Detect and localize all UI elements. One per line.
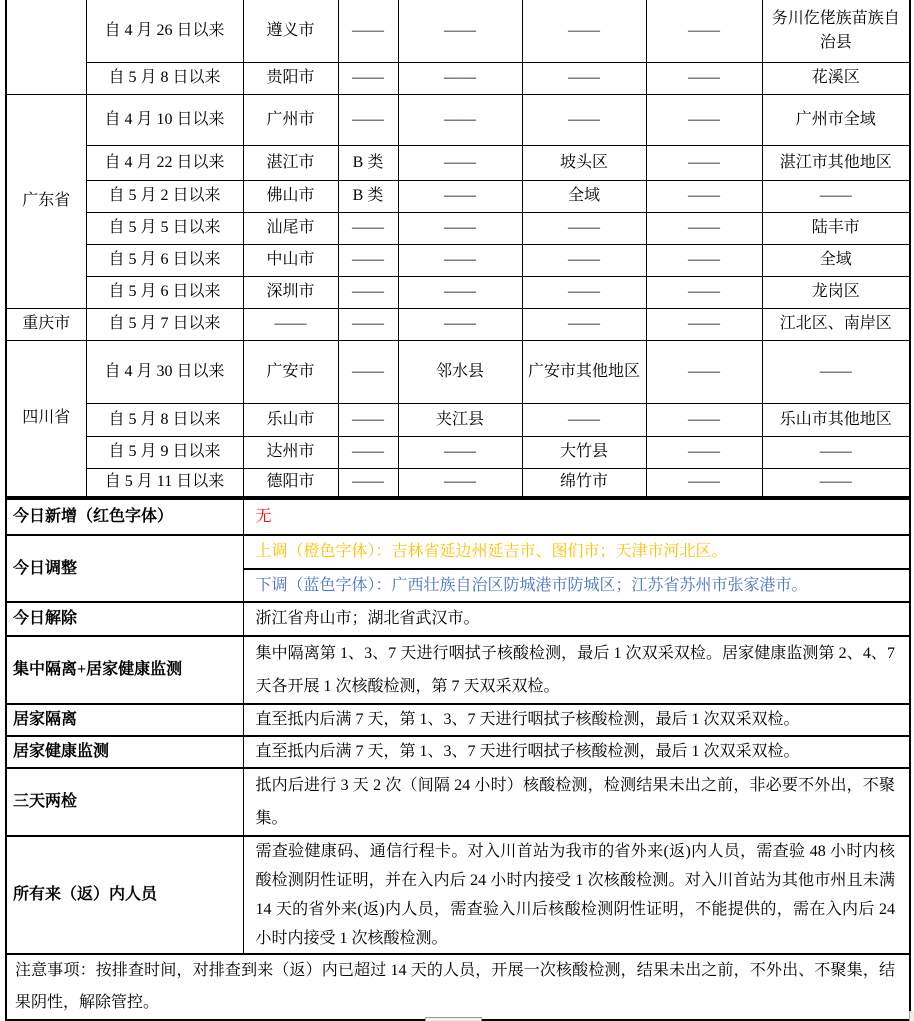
date-range-cell: 自 5 月 7 日以来 [86, 308, 243, 340]
city-cell: 达州市 [243, 436, 338, 468]
city-cell: 贵阳市 [243, 62, 338, 94]
city-cell: 广州市 [243, 94, 338, 145]
date-range-cell: 自 5 月 5 日以来 [86, 212, 243, 244]
table-row: 注意事项：按排查时间，对排查到来（返）内已超过 14 天的人员，开展一次核酸检测… [6, 954, 910, 1020]
area-cell: 夹江县 [398, 403, 522, 436]
three-day-two-test-label: 三天两检 [6, 768, 243, 836]
scrollbar-thumb-fragment[interactable] [425, 1017, 482, 1021]
city-cell: 德阳市 [243, 468, 338, 497]
table-row: 自 5 月 8 日以来 贵阳市 —— —— —— —— 花溪区 [6, 62, 910, 94]
all-arrivals-value: 需查验健康码、通信行程卡。对入川首站为我市的省外来(返)内人员，需查验 48 小… [243, 836, 910, 954]
date-range-cell: 自 4 月 26 日以来 [86, 0, 243, 62]
province-cell: 四川省 [6, 340, 86, 497]
release-today-value: 浙江省舟山市；湖北省武汉市。 [243, 602, 910, 636]
city-cell: 遵义市 [243, 0, 338, 62]
date-range-cell: 自 5 月 6 日以来 [86, 244, 243, 276]
area-cell: —— [522, 212, 646, 244]
area-cell: 绵竹市 [522, 468, 646, 497]
province-cell: 广东省 [6, 94, 86, 308]
new-today-value: 无 [243, 499, 910, 535]
table-row: 自 5 月 11 日以来 德阳市 —— —— 绵竹市 —— —— [6, 468, 910, 497]
adjust-up-value: 上调（橙色字体）：吉林省延边州延吉市、图们市；天津市河北区。 [243, 535, 910, 569]
area-cell: —— [398, 145, 522, 180]
new-today-label: 今日新增（红色字体） [6, 499, 243, 535]
date-range-cell: 自 4 月 22 日以来 [86, 145, 243, 180]
province-cell [6, 0, 86, 94]
date-range-cell: 自 5 月 8 日以来 [86, 403, 243, 436]
area-cell: —— [522, 62, 646, 94]
area-cell: 务川仡佬族苗族自治县 [762, 0, 910, 62]
area-cell: 坡头区 [522, 145, 646, 180]
table-row: 今日调整 上调（橙色字体）：吉林省延边州延吉市、图们市；天津市河北区。 [6, 535, 910, 569]
risk-class-cell: B 类 [338, 145, 398, 180]
area-cell: —— [398, 276, 522, 308]
risk-class-cell: —— [338, 212, 398, 244]
date-range-cell: 自 5 月 2 日以来 [86, 180, 243, 212]
risk-class-cell: —— [338, 340, 398, 403]
area-cell: —— [398, 212, 522, 244]
area-cell: —— [762, 468, 910, 497]
area-cell: —— [646, 180, 762, 212]
home-monitoring-value: 直至抵内后满 7 天，第 1、3、7 天进行咽拭子核酸检测，最后 1 次双采双检… [243, 736, 910, 768]
home-quarantine-label: 居家隔离 [6, 704, 243, 736]
area-cell: —— [522, 0, 646, 62]
area-cell: —— [646, 0, 762, 62]
area-cell: —— [398, 468, 522, 497]
area-cell: —— [398, 180, 522, 212]
region-risk-table: 自 4 月 26 日以来 遵义市 —— —— —— —— 务川仡佬族苗族自治县 … [5, 0, 911, 498]
date-range-cell: 自 5 月 6 日以来 [86, 276, 243, 308]
area-cell: 花溪区 [762, 62, 910, 94]
table-row: 居家健康监测 直至抵内后满 7 天，第 1、3、7 天进行咽拭子核酸检测，最后 … [6, 736, 910, 768]
city-cell: 湛江市 [243, 145, 338, 180]
area-cell: —— [522, 276, 646, 308]
notes-row: 注意事项：按排查时间，对排查到来（返）内已超过 14 天的人员，开展一次核酸检测… [6, 954, 910, 1020]
area-cell: —— [398, 308, 522, 340]
city-cell: 深圳市 [243, 276, 338, 308]
table-row: 自 4 月 22 日以来 湛江市 B 类 —— 坡头区 —— 湛江市其他地区 [6, 145, 910, 180]
area-cell: —— [646, 244, 762, 276]
home-monitoring-label: 居家健康监测 [6, 736, 243, 768]
area-cell: —— [522, 94, 646, 145]
table-row: 自 4 月 26 日以来 遵义市 —— —— —— —— 务川仡佬族苗族自治县 [6, 0, 910, 62]
table-row: 居家隔离 直至抵内后满 7 天，第 1、3、7 天进行咽拭子核酸检测，最后 1 … [6, 704, 910, 736]
area-cell: 邻水县 [398, 340, 522, 403]
date-range-cell: 自 5 月 9 日以来 [86, 436, 243, 468]
risk-class-cell: —— [338, 436, 398, 468]
table-row: 重庆市 自 5 月 7 日以来 —— —— —— —— —— 江北区、南岸区 [6, 308, 910, 340]
area-cell: —— [646, 276, 762, 308]
table-row: 自 5 月 5 日以来 汕尾市 —— —— —— —— 陆丰市 [6, 212, 910, 244]
table-row: 自 5 月 6 日以来 深圳市 —— —— —— —— 龙岗区 [6, 276, 910, 308]
city-cell: 广安市 [243, 340, 338, 403]
adjust-down-value: 下调（蓝色字体）：广西壮族自治区防城港市防城区；江苏省苏州市张家港市。 [243, 569, 910, 602]
area-cell: —— [522, 308, 646, 340]
risk-class-cell: —— [338, 308, 398, 340]
table-row: 自 5 月 9 日以来 达州市 —— —— 大竹县 —— —— [6, 436, 910, 468]
area-cell: 陆丰市 [762, 212, 910, 244]
area-cell: —— [646, 436, 762, 468]
table-row: 集中隔离+居家健康监测 集中隔离第 1、3、7 天进行咽拭子核酸检测，最后 1 … [6, 636, 910, 704]
area-cell: —— [646, 308, 762, 340]
risk-class-cell: —— [338, 276, 398, 308]
table-row: 广东省 自 4 月 10 日以来 广州市 —— —— —— —— 广州市全域 [6, 94, 910, 145]
area-cell: —— [646, 340, 762, 403]
area-cell: 全域 [522, 180, 646, 212]
date-range-cell: 自 5 月 8 日以来 [86, 62, 243, 94]
area-cell: 全域 [762, 244, 910, 276]
risk-class-cell: —— [338, 0, 398, 62]
table-row: 所有来（返）内人员 需查验健康码、通信行程卡。对入川首站为我市的省外来(返)内人… [6, 836, 910, 954]
area-cell: —— [646, 62, 762, 94]
table-row: 三天两检 抵内后进行 3 天 2 次（间隔 24 小时）核酸检测，检测结果未出之… [6, 768, 910, 836]
city-cell: 佛山市 [243, 180, 338, 212]
area-cell: —— [762, 180, 910, 212]
scrollbar-corner-fragment[interactable] [909, 1011, 914, 1021]
area-cell: —— [398, 0, 522, 62]
area-cell: —— [522, 244, 646, 276]
date-range-cell: 自 4 月 10 日以来 [86, 94, 243, 145]
area-cell: 大竹县 [522, 436, 646, 468]
area-cell: —— [646, 212, 762, 244]
area-cell: —— [522, 403, 646, 436]
adjust-today-label: 今日调整 [6, 535, 243, 602]
table-row: 自 5 月 8 日以来 乐山市 —— 夹江县 —— —— 乐山市其他地区 [6, 403, 910, 436]
document-page: 自 4 月 26 日以来 遵义市 —— —— —— —— 务川仡佬族苗族自治县 … [5, 0, 911, 1021]
date-range-cell: 自 5 月 11 日以来 [86, 468, 243, 497]
area-cell: —— [762, 340, 910, 403]
risk-class-cell: —— [338, 403, 398, 436]
city-cell: —— [243, 308, 338, 340]
area-cell: 湛江市其他地区 [762, 145, 910, 180]
table-row: 自 5 月 6 日以来 中山市 —— —— —— —— 全域 [6, 244, 910, 276]
table-row: 今日新增（红色字体） 无 [6, 499, 910, 535]
area-cell: —— [646, 145, 762, 180]
release-today-label: 今日解除 [6, 602, 243, 636]
area-cell: —— [398, 94, 522, 145]
date-range-cell: 自 4 月 30 日以来 [86, 340, 243, 403]
area-cell: 广安市其他地区 [522, 340, 646, 403]
risk-class-cell: B 类 [338, 180, 398, 212]
area-cell: —— [646, 468, 762, 497]
city-cell: 乐山市 [243, 403, 338, 436]
area-cell: —— [646, 403, 762, 436]
area-cell: 江北区、南岸区 [762, 308, 910, 340]
table-row: 四川省 自 4 月 30 日以来 广安市 —— 邻水县 广安市其他地区 —— —… [6, 340, 910, 403]
area-cell: —— [398, 244, 522, 276]
area-cell: 广州市全域 [762, 94, 910, 145]
area-cell: 龙岗区 [762, 276, 910, 308]
city-cell: 中山市 [243, 244, 338, 276]
area-cell: —— [398, 62, 522, 94]
risk-class-cell: —— [338, 94, 398, 145]
area-cell: —— [646, 94, 762, 145]
province-cell: 重庆市 [6, 308, 86, 340]
policy-summary-table: 今日新增（红色字体） 无 今日调整 上调（橙色字体）：吉林省延边州延吉市、图们市… [5, 498, 911, 1021]
area-cell: 乐山市其他地区 [762, 403, 910, 436]
city-cell: 汕尾市 [243, 212, 338, 244]
three-day-two-test-value: 抵内后进行 3 天 2 次（间隔 24 小时）核酸检测，检测结果未出之前，非必要… [243, 768, 910, 836]
home-quarantine-value: 直至抵内后满 7 天，第 1、3、7 天进行咽拭子核酸检测，最后 1 次双采双检… [243, 704, 910, 736]
risk-class-cell: —— [338, 244, 398, 276]
area-cell: —— [398, 436, 522, 468]
risk-class-cell: —— [338, 468, 398, 497]
area-cell: —— [762, 436, 910, 468]
centralized-quarantine-value: 集中隔离第 1、3、7 天进行咽拭子核酸检测，最后 1 次双采双检。居家健康监测… [243, 636, 910, 704]
table-row: 自 5 月 2 日以来 佛山市 B 类 —— 全域 —— —— [6, 180, 910, 212]
risk-class-cell: —— [338, 62, 398, 94]
all-arrivals-label: 所有来（返）内人员 [6, 836, 243, 954]
table-row: 今日解除 浙江省舟山市；湖北省武汉市。 [6, 602, 910, 636]
centralized-quarantine-label: 集中隔离+居家健康监测 [6, 636, 243, 704]
